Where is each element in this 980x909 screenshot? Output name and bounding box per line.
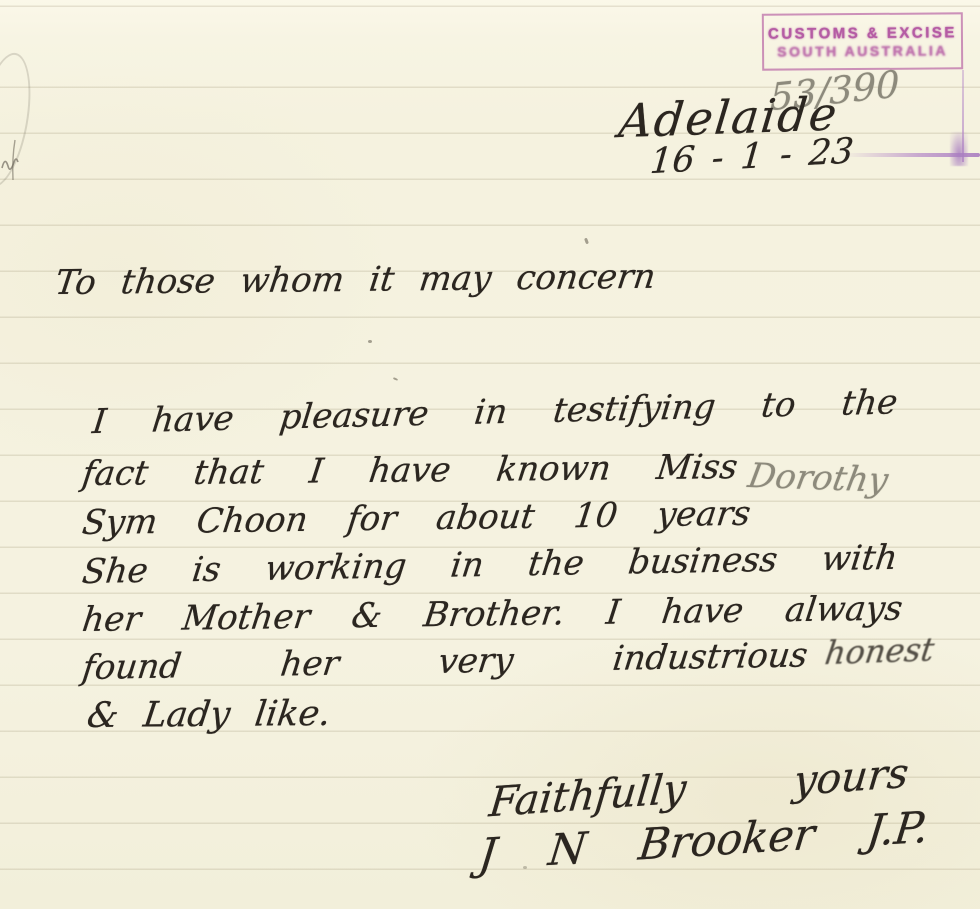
body-line-7: & Lady like. — [85, 694, 333, 736]
letter-page: CUSTOMS & EXCISE SOUTH AUSTRALIA 53/390 … — [0, 0, 980, 909]
body-line-5: her Mother & Brother. I have always — [80, 589, 905, 641]
body-line-6-raised-word: honest — [823, 630, 937, 672]
ink-speck — [368, 340, 372, 343]
ink-speck — [523, 866, 527, 869]
stamp-line2: SOUTH AUSTRALIA — [777, 43, 948, 58]
salutation-line: To those whom it may concern — [53, 257, 658, 303]
ink-speck — [584, 238, 589, 245]
stamp-ink-blob — [950, 132, 968, 166]
body-line-2: fact that I have known Miss — [80, 447, 740, 494]
pencil-squiggle-mark — [0, 136, 26, 186]
body-line-6: found her very industrious — [80, 635, 810, 688]
body-line-1: I have pleasure in testifying to the — [90, 382, 899, 442]
ink-speck — [393, 377, 398, 381]
body-line-2-pencil-word: Dorothy — [745, 456, 891, 501]
body-line-4: She is working in the business with — [80, 538, 900, 592]
body-line-3: Sym Choon for about 10 years — [80, 494, 753, 543]
customs-stamp: CUSTOMS & EXCISE SOUTH AUSTRALIA — [762, 12, 963, 70]
stamp-line1: CUSTOMS & EXCISE — [768, 25, 957, 41]
